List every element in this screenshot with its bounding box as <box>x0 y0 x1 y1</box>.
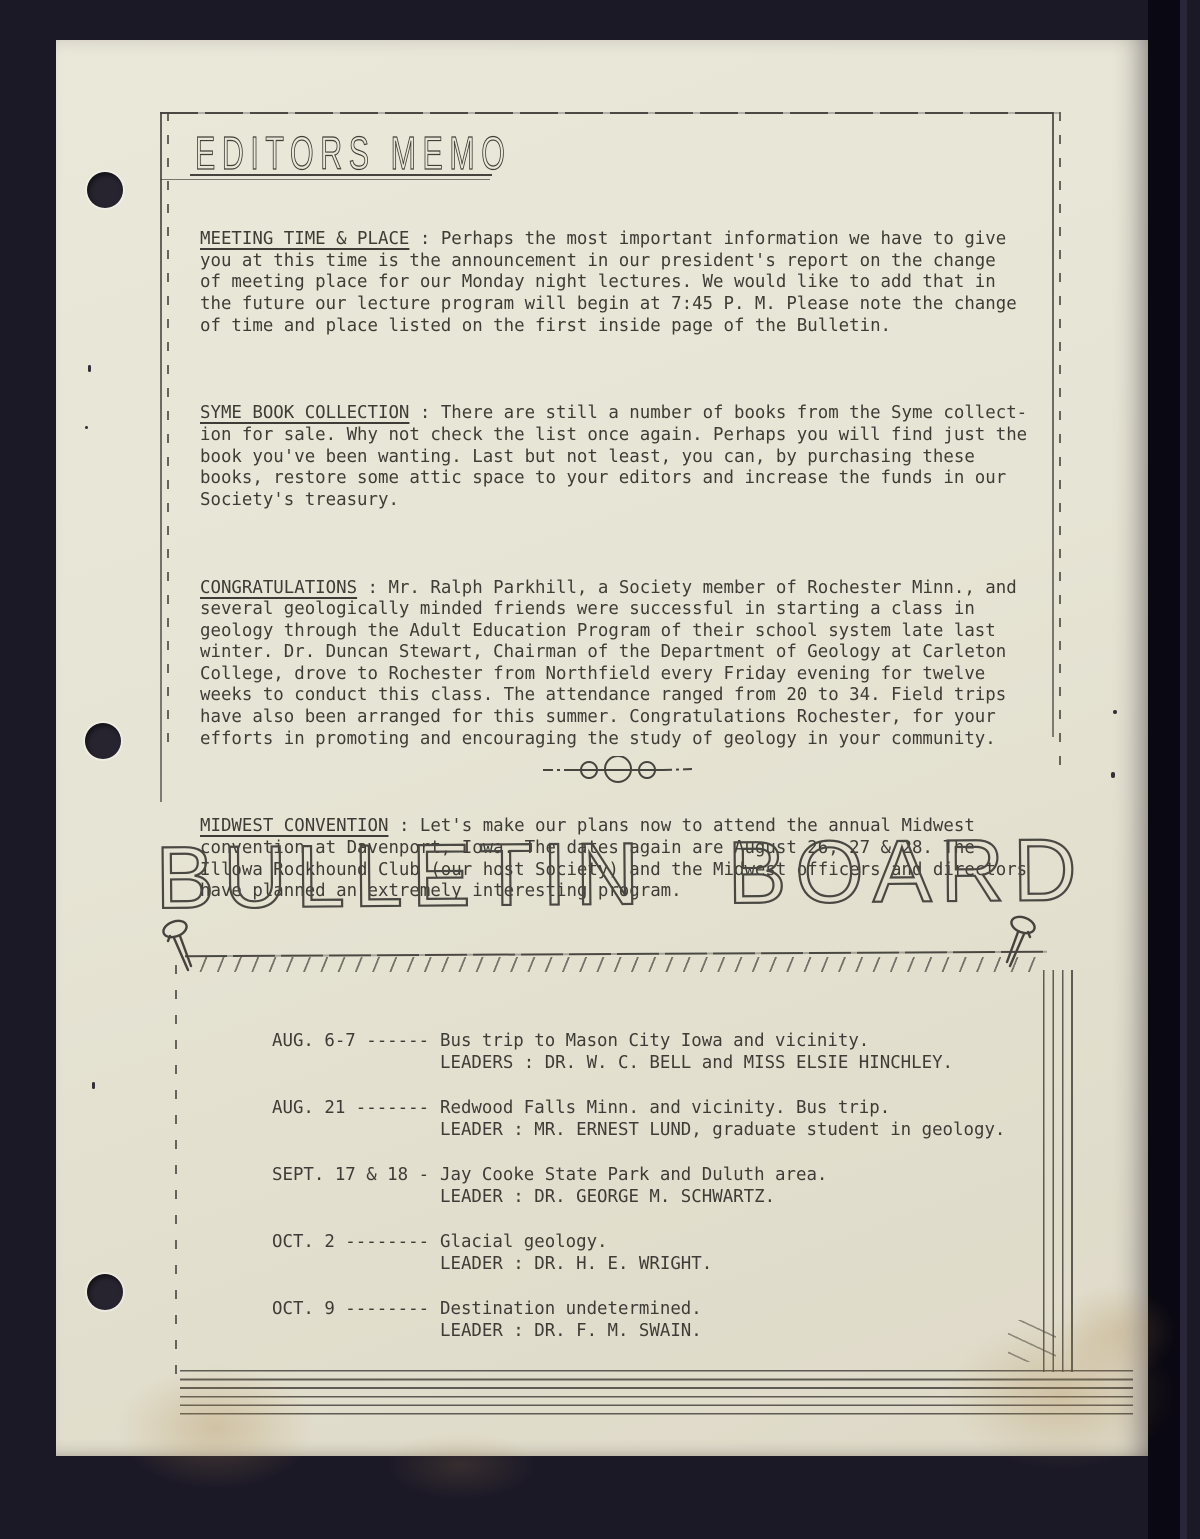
ink-speck <box>88 365 91 372</box>
trip-description: Bus trip to Mason City Iowa and vicinity… <box>440 1031 869 1051</box>
binder-edge-highlight <box>1180 0 1187 1539</box>
punch-hole-top <box>87 172 123 208</box>
trip-date: OCT. 9 -------- <box>272 1298 429 1342</box>
paragraph-heading: CONGRATULATIONS <box>200 578 357 598</box>
memo-box-right-rule <box>1052 112 1054 737</box>
paper-sheet: EDITORS MEMO MEETING TIME & PLACE : Perh… <box>56 40 1148 1456</box>
memo-title-underline <box>190 174 492 176</box>
trip-leader: LEADER : DR. H. E. WRIGHT. <box>440 1254 712 1274</box>
trip-leader: LEADER : MR. ERNEST LUND, graduate stude… <box>440 1120 1005 1140</box>
trip-date: AUG. 21 ------- <box>272 1097 429 1141</box>
punch-hole-middle <box>85 723 121 759</box>
trip-description: Destination undetermined. <box>440 1299 702 1319</box>
trip-description: Glacial geology. <box>440 1232 608 1252</box>
punch-hole-bottom <box>87 1274 123 1310</box>
board-hatch-marks <box>198 957 1044 972</box>
trip-date: AUG. 6-7 ------ <box>272 1030 429 1074</box>
trip-date: OCT. 2 -------- <box>272 1231 429 1275</box>
memo-box-right-outer-rule <box>1059 112 1061 767</box>
ink-speck <box>85 426 88 429</box>
scanned-newsletter-page: EDITORS MEMO MEETING TIME & PLACE : Perh… <box>0 0 1200 1539</box>
trip-details: Destination undetermined. LEADER : DR. F… <box>440 1298 1092 1342</box>
paragraph-body: : Mr. Ralph Parkhill, a Society member o… <box>200 578 1017 749</box>
binder-shadow-band <box>1148 0 1180 1539</box>
memo-paragraph: MEETING TIME & PLACE : Perhaps the most … <box>200 229 1048 337</box>
paragraph-heading: SYME BOOK COLLECTION <box>200 403 409 423</box>
trip-item: AUG. 21 ------- Redwood Falls Minn. and … <box>272 1097 1092 1141</box>
trip-item: AUG. 6-7 ------ Bus trip to Mason City I… <box>272 1030 1092 1074</box>
trip-leader: LEADER : DR. GEORGE M. SCHWARTZ. <box>440 1187 775 1207</box>
trip-details: Redwood Falls Minn. and vicinity. Bus tr… <box>440 1097 1092 1141</box>
thumbtack-icon <box>160 918 204 976</box>
paragraph-heading: MEETING TIME & PLACE <box>200 229 409 249</box>
trip-item: OCT. 2 -------- Glacial geology. LEADER … <box>272 1231 1092 1275</box>
trip-leader: LEADER : DR. F. M. SWAIN. <box>440 1321 702 1341</box>
memo-title: EDITORS MEMO <box>195 126 511 180</box>
trip-item: SEPT. 17 & 18 - Jay Cooke State Park and… <box>272 1164 1092 1208</box>
thumbtack-icon <box>994 914 1038 972</box>
ink-speck <box>92 1082 95 1089</box>
memo-title-underline-thin <box>160 179 490 180</box>
ink-speck <box>1111 772 1115 778</box>
bulletin-board-title: BULLETIN BOARD <box>155 824 1086 924</box>
trip-details: Bus trip to Mason City Iowa and vicinity… <box>440 1030 1092 1074</box>
ink-speck <box>1113 710 1117 714</box>
field-trip-list: AUG. 6-7 ------ Bus trip to Mason City I… <box>272 1030 1092 1365</box>
memo-box-left-rule <box>160 112 162 802</box>
paper-stain <box>386 1430 536 1500</box>
memo-paragraph: CONGRATULATIONS : Mr. Ralph Parkhill, a … <box>200 578 1048 751</box>
trip-item: OCT. 9 -------- Destination undetermined… <box>272 1298 1092 1342</box>
trip-description: Jay Cooke State Park and Duluth area. <box>440 1165 827 1185</box>
trip-details: Jay Cooke State Park and Duluth area. LE… <box>440 1164 1092 1208</box>
trip-details: Glacial geology. LEADER : DR. H. E. WRIG… <box>440 1231 1092 1275</box>
board-bottom-rail <box>180 1370 1133 1416</box>
board-left-edge <box>175 965 177 1375</box>
memo-box-left-inner-rule <box>167 112 169 747</box>
divider-ornament <box>543 756 693 784</box>
memo-box-top-rule <box>160 112 1059 114</box>
trip-date: SEPT. 17 & 18 - <box>272 1164 429 1208</box>
memo-paragraph: SYME BOOK COLLECTION : There are still a… <box>200 403 1048 511</box>
trip-leader: LEADERS : DR. W. C. BELL and MISS ELSIE … <box>440 1053 953 1073</box>
trip-description: Redwood Falls Minn. and vicinity. Bus tr… <box>440 1098 890 1118</box>
